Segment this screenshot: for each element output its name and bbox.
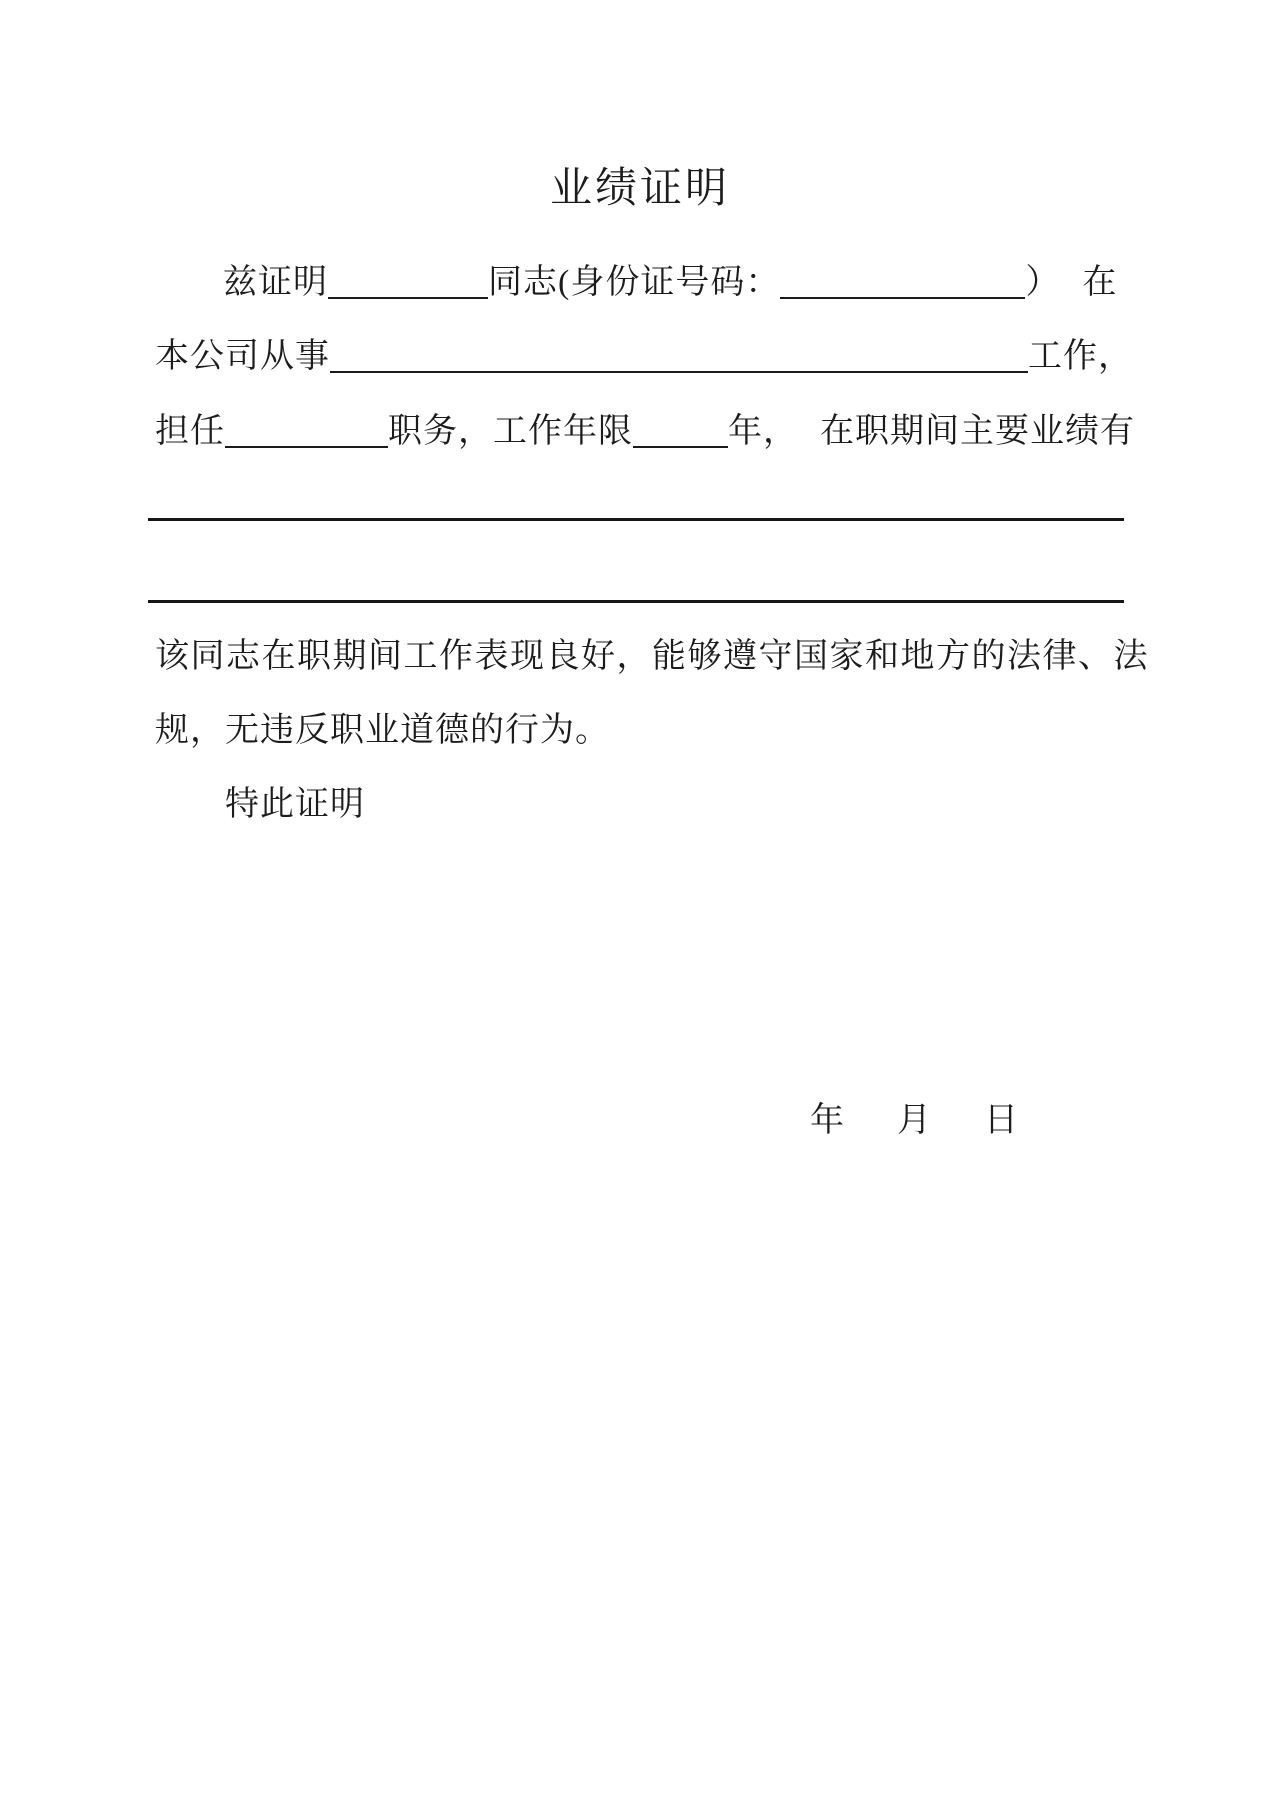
intro-line1-mid: 同志(身份证号码： xyxy=(488,264,780,301)
intro-line3-after-years: 年， xyxy=(728,413,798,450)
document-title: 业绩证明 xyxy=(0,163,1280,215)
intro-line-2: 本公司从事工作， xyxy=(155,336,1130,378)
conduct-paragraph-line-2: 规，无违反职业道德的行为。 xyxy=(155,710,1130,752)
name-blank-field[interactable] xyxy=(328,263,488,299)
intro-line3-tail: 在职期间主要业绩有 xyxy=(820,413,1135,450)
intro-line2-tail: 工作， xyxy=(1028,338,1133,375)
achievement-blank-line-2[interactable] xyxy=(148,600,1124,603)
conduct-paragraph-line-1: 该同志在职期间工作表现良好，能够遵守国家和地方的法律、法 xyxy=(155,636,1130,678)
intro-line1-close-paren: ） xyxy=(1025,264,1060,301)
intro-line3-lead: 担任 xyxy=(155,413,225,450)
intro-line2-lead: 本公司从事 xyxy=(155,338,330,375)
intro-line3-mid: 职务，工作年限 xyxy=(388,413,633,450)
intro-line-3: 担任职务，工作年限年，在职期间主要业绩有 xyxy=(155,411,1130,453)
intro-line-1: 兹证明同志(身份证号码：）在 xyxy=(155,262,1198,304)
day-label: 日 xyxy=(984,1102,1018,1139)
date-line: 年月日 xyxy=(810,1100,1018,1142)
id-number-blank-field[interactable] xyxy=(780,263,1025,299)
closing-statement: 特此证明 xyxy=(155,784,1200,826)
years-blank-field[interactable] xyxy=(633,412,728,448)
intro-line1-tail: 在 xyxy=(1082,264,1117,301)
position-blank-field[interactable] xyxy=(225,412,388,448)
month-label: 月 xyxy=(897,1102,931,1139)
achievement-blank-line-1[interactable] xyxy=(148,518,1124,521)
work-type-blank-field[interactable] xyxy=(330,337,1028,373)
year-label: 年 xyxy=(810,1102,844,1139)
certificate-page: 业绩证明 兹证明同志(身份证号码：）在 本公司从事工作， 担任职务，工作年限年，… xyxy=(0,0,1280,1810)
intro-line1-lead: 兹证明 xyxy=(223,264,328,301)
